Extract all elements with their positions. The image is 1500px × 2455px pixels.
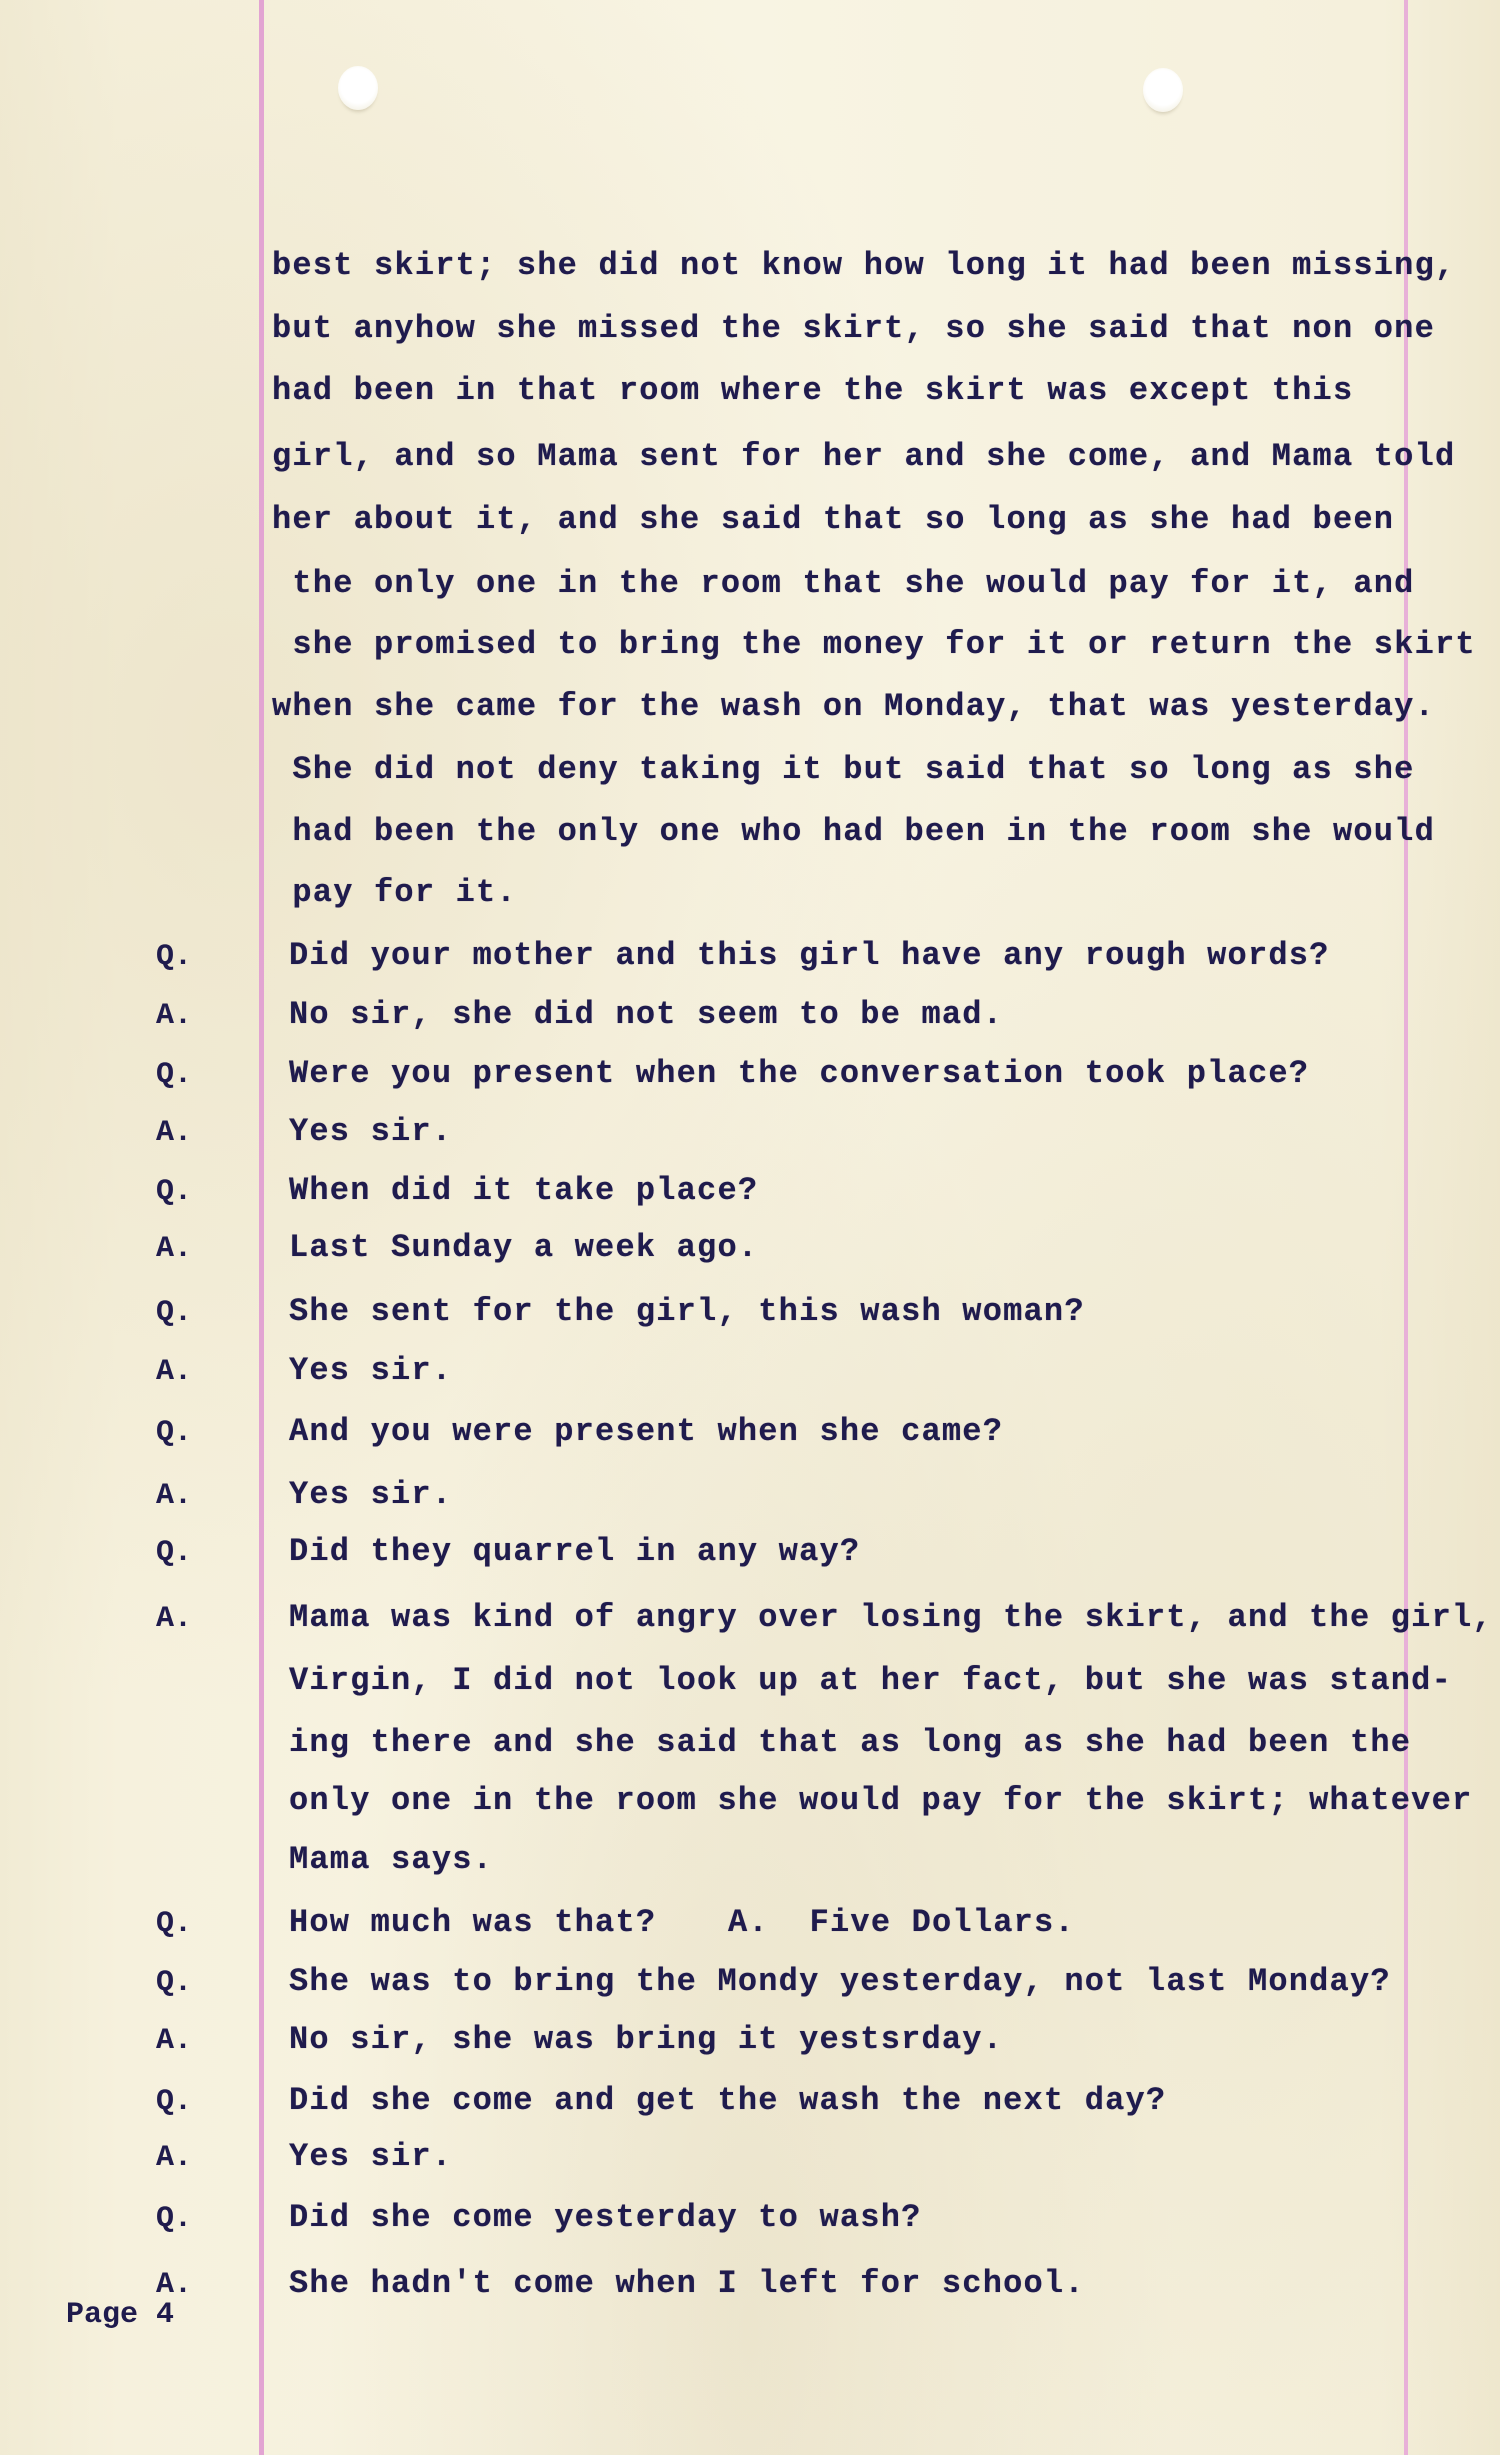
answer-text: ing there and she said that as long as s… xyxy=(289,1727,1411,1759)
paragraph-line: her about it, and she said that so long … xyxy=(272,504,1394,536)
left-margin-rule xyxy=(259,0,264,2455)
paragraph-line: had been the only one who had been in th… xyxy=(272,816,1435,848)
question-label: Q. xyxy=(156,2087,192,2117)
question-label: Q. xyxy=(156,942,192,972)
question-text: Did she come yesterday to wash? xyxy=(289,2202,922,2234)
paragraph-line: had been in that room where the skirt wa… xyxy=(272,375,1353,407)
answer-label: A. xyxy=(156,2143,192,2173)
paragraph-line: pay for it. xyxy=(272,877,517,909)
question-text: Did she come and get the wash the next d… xyxy=(289,2085,1166,2117)
punch-hole xyxy=(1143,68,1183,112)
answer-text: No sir, she was bring it yestsrday. xyxy=(289,2024,1003,2056)
answer-label: A. xyxy=(156,2026,192,2056)
paragraph-line: the only one in the room that she would … xyxy=(272,568,1415,600)
paragraph-line: girl, and so Mama sent for her and she c… xyxy=(272,441,1455,473)
answer-text: Yes sir. xyxy=(289,1116,452,1148)
paragraph-line: best skirt; she did not know how long it… xyxy=(272,250,1455,282)
question-text: She was to bring the Mondy yesterday, no… xyxy=(289,1966,1391,1998)
answer-label: A. xyxy=(156,1234,192,1264)
answer-text: No sir, she did not seem to be mad. xyxy=(289,999,1003,1031)
answer-text: Yes sir. xyxy=(289,2141,452,2173)
question-text: She sent for the girl, this wash woman? xyxy=(289,1296,1085,1328)
answer-text: Yes sir. xyxy=(289,1479,452,1511)
answer-text: Last Sunday a week ago. xyxy=(289,1232,758,1264)
paragraph-line: but anyhow she missed the skirt, so she … xyxy=(272,313,1435,345)
question-label: Q. xyxy=(156,1298,192,1328)
question-text: Did they quarrel in any way? xyxy=(289,1536,860,1568)
answer-text: Mama was kind of angry over losing the s… xyxy=(289,1602,1493,1634)
punch-hole xyxy=(338,66,378,110)
right-margin-rule xyxy=(1404,0,1408,2455)
question-text: Did your mother and this girl have any r… xyxy=(289,940,1330,972)
answer-label: A. xyxy=(156,1481,192,1511)
question-label: Q. xyxy=(156,1060,192,1090)
answer-label: A. xyxy=(156,1001,192,1031)
question-text: When did it take place? xyxy=(289,1175,758,1207)
question-text: And you were present when she came? xyxy=(289,1416,1003,1448)
answer-text: Virgin, I did not look up at her fact, b… xyxy=(289,1665,1452,1697)
answer-text: She hadn't come when I left for school. xyxy=(289,2268,1085,2300)
answer-label: A. xyxy=(156,2270,192,2300)
question-label: Q. xyxy=(156,1538,192,1568)
paragraph-line: she promised to bring the money for it o… xyxy=(272,629,1476,661)
answer-text: only one in the room she would pay for t… xyxy=(289,1785,1472,1817)
answer-label: A. xyxy=(156,1118,192,1148)
question-label: Q. xyxy=(156,1177,192,1207)
answer-label: A. xyxy=(156,1357,192,1387)
question-label: Q. xyxy=(156,1418,192,1448)
paragraph-line: She did not deny taking it but said that… xyxy=(272,754,1415,786)
question-label: Q. xyxy=(156,1909,192,1939)
transcript-page: best skirt; she did not know how long it… xyxy=(0,0,1500,2455)
answer-text: Yes sir. xyxy=(289,1355,452,1387)
answer-text: Mama says. xyxy=(289,1844,493,1876)
page-number: Page 4 xyxy=(66,2300,174,2330)
question-label: Q. xyxy=(156,2204,192,2234)
question-label: Q. xyxy=(156,1968,192,1998)
paragraph-line: when she came for the wash on Monday, th… xyxy=(272,691,1435,723)
question-text: Were you present when the conversation t… xyxy=(289,1058,1309,1090)
answer-label: A. xyxy=(156,1604,192,1634)
question-text: How much was that? xyxy=(289,1907,656,1939)
inline-answer-text: A. Five Dollars. xyxy=(728,1907,1075,1939)
